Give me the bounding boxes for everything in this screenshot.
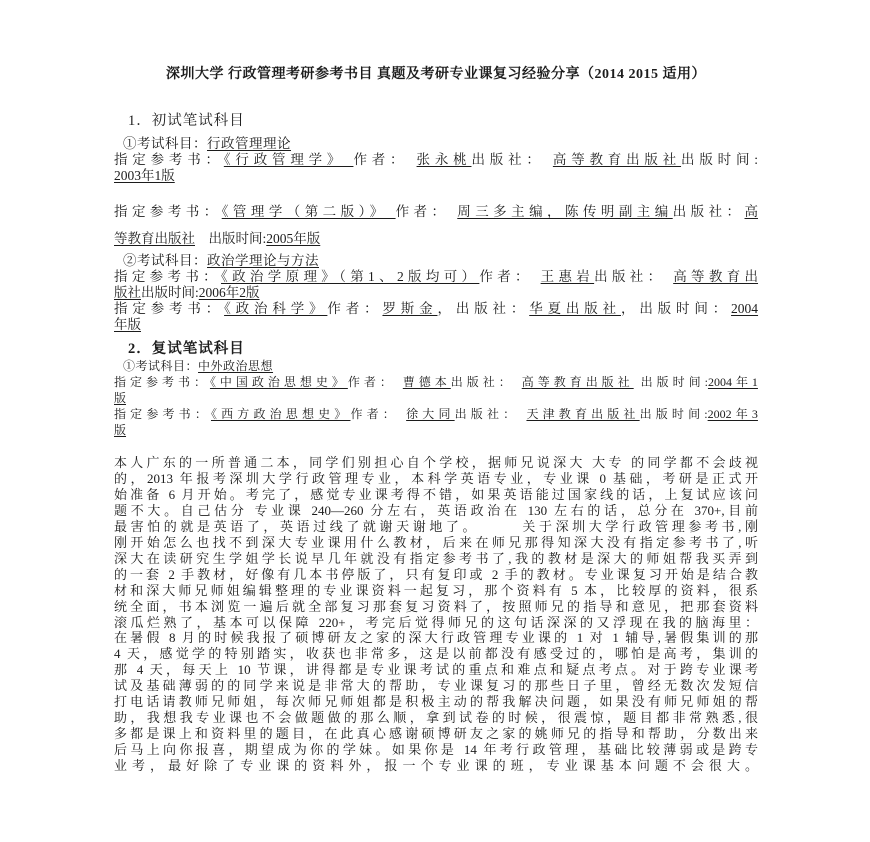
text-run: 刚开始怎么也找不到深大专业课用什么教材，后来在师兄那得知深大没有指定参考书了,听	[114, 535, 758, 550]
reference-line: 年版	[114, 317, 758, 333]
body-text-line: 多都是课上和资料里的题目，在此真心感谢硕博研友之家的姚师兄的指导和帮助，分数出来	[114, 726, 758, 742]
text-run: 打电话请教师兄师姐，每次师兄师姐都是积极主动的帮我解决问题，如果没有师兄师姐的帮	[114, 694, 758, 709]
doc-title: 深圳大学 行政管理考研参考书目 真题及考研专业课复习经验分享（2014 2015…	[114, 66, 758, 84]
underlined-text: 年版	[114, 317, 141, 332]
exam-subject-2: ②考试科目：政治学理论与方法	[114, 253, 758, 269]
underlined-text: 《政治科学》	[224, 301, 327, 316]
text-run: 指定参考书：	[114, 407, 211, 421]
underlined-text: 高	[745, 204, 759, 219]
text-run: ，出版社：	[438, 301, 530, 316]
text-run: 指定参考书：	[114, 204, 222, 219]
underlined-text: 天津教育出版社	[526, 407, 639, 421]
text-run: 深大在读研究生学姐学长说早几年就没有指定参考书了,我的教材是深大的师姐帮我买弄到	[114, 551, 758, 566]
underlined-text: 2004年1	[708, 375, 758, 389]
text-run: 出版时间:	[195, 231, 266, 246]
underlined-text: 行政管理理论	[207, 136, 291, 151]
text-run: 作者：	[350, 407, 406, 421]
text-run: 指定参考书：	[114, 301, 224, 316]
underlined-text: 版社	[114, 285, 141, 300]
underlined-text: 政治学理论与方法	[207, 253, 319, 268]
reference-line: 指定参考书：《管理学（第二版）》 作者： 周三多主编，陈传明副主编出版社：高	[114, 198, 758, 226]
body-text-line: 始准备 6 月开始。考完了，感觉专业课考得不错，如果英语能过国家线的话，上复试应…	[114, 487, 758, 503]
exam-subject-1: ①考试科目：行政管理理论	[114, 136, 758, 152]
text-run: 1．初试笔试科目	[128, 113, 245, 129]
document-body: 1．初试笔试科目①考试科目：行政管理理论指定参考书：《行政管理学》 作者： 张永…	[114, 113, 758, 774]
text-run: 指定参考书：	[114, 152, 224, 167]
text-run: 作者：	[396, 204, 458, 219]
text-run: 的一套 2 手教材，好像有几本书停版了，只有复印或 2 手的教材。专业课复习开始…	[114, 567, 758, 582]
text-run: ②考试科目：	[123, 253, 207, 268]
text-run: 指定参考书：	[114, 269, 221, 284]
text-run: 作者：	[479, 269, 540, 284]
body-text-line: 那 4 天，每天上 10 节课，讲得都是专业课考试的重点和难点和疑点考点。对于跨…	[114, 662, 758, 678]
text-run: 统全面，书本浏览一遍后就全部复习那套复习资料了，按照师兄的指导和意见，把那套资料	[114, 599, 758, 614]
underlined-text: 《中国政治思想史》	[210, 375, 348, 389]
reference-line: 指定参考书：《行政管理学》 作者： 张永桃出版社： 高等教育出版社出版时间:	[114, 152, 758, 168]
body-text-line: 打电话请教师兄师姐，每次师兄师姐都是积极主动的帮我解决问题，如果没有师兄师姐的帮	[114, 694, 758, 710]
section-1-heading: 1．初试笔试科目	[114, 113, 758, 129]
body-text-line: 统全面，书本浏览一遍后就全部复习那套复习资料了，按照师兄的指导和意见，把那套资料	[114, 599, 758, 615]
body-text-line: 助，我想我专业课也不会做题做的那么顺，拿到试卷的时候，很震惊，题目都非常熟悉,很	[114, 710, 758, 726]
text-run: 始准备 6 月开始。考完了，感觉专业课考得不错，如果英语能过国家线的话，上复试应…	[114, 487, 758, 502]
text-run: 指定参考书：	[114, 375, 210, 389]
underlined-text: 版	[114, 423, 126, 437]
underlined-text: 高等教育出版社	[553, 152, 681, 167]
body-text-line: 题不大。自己估分 专业课 240—260 分左右，英语政治在 130 左右的话，…	[114, 503, 758, 519]
body-text-line: 的一套 2 手教材，好像有几本书停版了，只有复印或 2 手的教材。专业课复习开始…	[114, 567, 758, 583]
underlined-text: 王惠岩	[541, 269, 595, 284]
exam-subject-3: ①考试科目：中外政治思想	[114, 358, 758, 374]
underlined-text: 张永桃	[417, 152, 472, 167]
underlined-text: 华夏出版社	[529, 301, 621, 316]
text-run: 出版时间:	[634, 375, 708, 389]
reference-line: 指定参考书：《政治科学》作者：罗斯金，出版社：华夏出版社，出版时间：2004	[114, 301, 758, 317]
underlined-text: 2006年2版	[199, 285, 260, 300]
text-run: 本人广东的一所普通二本，同学们别担心自个学校，据师兄说深大 大专 的同学都不会歧…	[114, 455, 758, 470]
body-text-line: 滚瓜烂熟了，基本可以保障 220+，考完后觉得师兄的这句话深深的又浮现在我的脑海…	[114, 615, 758, 631]
text-run: 多都是课上和资料里的题目，在此真心感谢硕博研友之家的姚师兄的指导和帮助，分数出来	[114, 726, 758, 741]
body-text-line: 最害怕的就是英语了，英语过线了就谢天谢地了。 关于深圳大学行政管理参考书,刚	[114, 519, 758, 535]
text-run: 出版时间:	[141, 285, 199, 300]
underlined-text: 等教育出版社	[114, 231, 195, 246]
underlined-text: 高等教育出	[673, 269, 758, 284]
underlined-text: 周三多主编，陈传明副主编	[457, 204, 672, 219]
body-text-line: 深大在读研究生学姐学长说早几年就没有指定参考书了,我的教材是深大的师姐帮我买弄到	[114, 551, 758, 567]
text-run: 出版社：	[451, 375, 522, 389]
text-run: 出版社：	[471, 152, 552, 167]
text-run: 助，我想我专业课也不会做题做的那么顺，拿到试卷的时候，很震惊，题目都非常熟悉,很	[114, 710, 758, 725]
section-2-heading: 2．复试笔试科目	[114, 341, 758, 357]
underlined-text: 2005年版	[266, 231, 320, 246]
text-run: ①考试科目：	[123, 359, 198, 373]
text-run: 业考，最好除了专业课的资料外，报一个专业课的班，专业课基本问题不会很大。	[114, 758, 758, 773]
reference-line: 指定参考书：《西方政治思想史》作者： 徐大同出版社： 天津教育出版社出版时间:2…	[114, 406, 758, 422]
reference-line: 指定参考书：《政治学原理》（第1、2版均可）作者： 王惠岩出版社： 高等教育出	[114, 269, 758, 285]
reference-line: 等教育出版社 出版时间:2005年版	[114, 225, 758, 253]
document-page: 深圳大学 行政管理考研参考书目 真题及考研专业课复习经验分享（2014 2015…	[0, 0, 870, 842]
text-run: 的，2013 年报考深圳大学行政管理专业，本科学英语专业，专业课 0 基础，考研…	[114, 471, 758, 486]
text-run: ，出版时间：	[621, 301, 731, 316]
underlined-text: 《管理学（第二版）》	[222, 204, 396, 219]
text-run: 题不大。自己估分 专业课 240—260 分左右，英语政治在 130 左右的话，…	[114, 503, 758, 518]
text-run: 4 天，感觉学的特别踏实，收获也非常多，这是以前都没有感受过的，哪怕是高考，集训…	[114, 646, 758, 661]
body-text-line: 业考，最好除了专业课的资料外，报一个专业课的班，专业课基本问题不会很大。	[114, 758, 758, 774]
text-run: 作者：	[327, 301, 382, 316]
reference-line: 版	[114, 422, 758, 438]
body-text-line: 本人广东的一所普通二本，同学们别担心自个学校，据师兄说深大 大专 的同学都不会歧…	[114, 455, 758, 471]
document-content: 深圳大学 行政管理考研参考书目 真题及考研专业课复习经验分享（2014 2015…	[114, 66, 758, 774]
text-run: 试及基础薄弱的的同学来说是非常大的帮助，专业课复习的那些日子里，曾经无数次发短信	[114, 678, 758, 693]
text-run: ①考试科目：	[123, 136, 207, 151]
text-run: 材和深大师兄师姐编辑整理的专业课资料一起复习，那个资料有 5 本，比较厚的资料，…	[114, 583, 758, 598]
body-text-line: 4 天，感觉学的特别踏实，收获也非常多，这是以前都没有感受过的，哪怕是高考，集训…	[114, 646, 758, 662]
underlined-text: 中外政治思想	[198, 359, 273, 373]
body-text-line: 刚开始怎么也找不到深大专业课用什么教材，后来在师兄那得知深大没有指定参考书了,听	[114, 535, 758, 551]
underlined-text: 高等教育出版社	[522, 375, 634, 389]
underlined-text: 版	[114, 391, 126, 405]
underlined-text: 2003年1版	[114, 168, 175, 183]
body-text-line: 在暑假 8 月的时候我报了硕博研友之家的深大行政管理专业课的 1 对 1 辅导,…	[114, 630, 758, 646]
text-run: 那 4 天，每天上 10 节课，讲得都是专业课考试的重点和难点和疑点考点。对于跨…	[114, 662, 758, 677]
text-run: 最害怕的就是英语了，英语过线了就谢天谢地了。 关于深圳大学行政管理参考书,刚	[114, 519, 758, 534]
text-run: 出版时间:	[681, 152, 758, 167]
text-run: 出版社：	[594, 269, 673, 284]
reference-line: 指定参考书：《中国政治思想史》作者： 曹德本出版社： 高等教育出版社 出版时间:…	[114, 374, 758, 390]
text-run: 在暑假 8 月的时候我报了硕博研友之家的深大行政管理专业课的 1 对 1 辅导,…	[114, 630, 758, 645]
reference-line: 2003年1版	[114, 168, 758, 184]
body-text-line: 的，2013 年报考深圳大学行政管理专业，本科学英语专业，专业课 0 基础，考研…	[114, 471, 758, 487]
text-run: 出版社：	[455, 407, 527, 421]
underlined-text: 《西方政治思想史》	[211, 407, 350, 421]
underlined-text: 曹德本	[403, 375, 451, 389]
underlined-text: 《政治学原理》（第1、2版均可）	[221, 269, 479, 284]
text-run: 2．复试笔试科目	[128, 341, 245, 357]
body-text-line: 试及基础薄弱的的同学来说是非常大的帮助，专业课复习的那些日子里，曾经无数次发短信	[114, 678, 758, 694]
body-text-line: 材和深大师兄师姐编辑整理的专业课资料一起复习，那个资料有 5 本，比较厚的资料，…	[114, 583, 758, 599]
text-run: 作者：	[348, 375, 403, 389]
text-run: 出版时间:	[640, 407, 708, 421]
underlined-text: 罗斯金	[382, 301, 437, 316]
text-run: 滚瓜烂熟了，基本可以保障 220+，考完后觉得师兄的这句话深深的又浮现在我的脑海…	[114, 615, 758, 630]
underlined-text: 2002年3	[708, 407, 758, 421]
body-text-line: 后马上向你报喜，期望成为你的学妹。如果你是 14 年考行政管理，基础比较薄弱或是…	[114, 742, 758, 758]
underlined-text: 2004	[731, 301, 758, 316]
text-run: 后马上向你报喜，期望成为你的学妹。如果你是 14 年考行政管理，基础比较薄弱或是…	[114, 742, 758, 757]
reference-line: 版	[114, 390, 758, 406]
text-run: 出版社：	[673, 204, 745, 219]
reference-line: 版社出版时间:2006年2版	[114, 285, 758, 301]
underlined-text: 《行政管理学》	[224, 152, 354, 167]
underlined-text: 徐大同	[406, 407, 455, 421]
text-run: 作者：	[353, 152, 416, 167]
